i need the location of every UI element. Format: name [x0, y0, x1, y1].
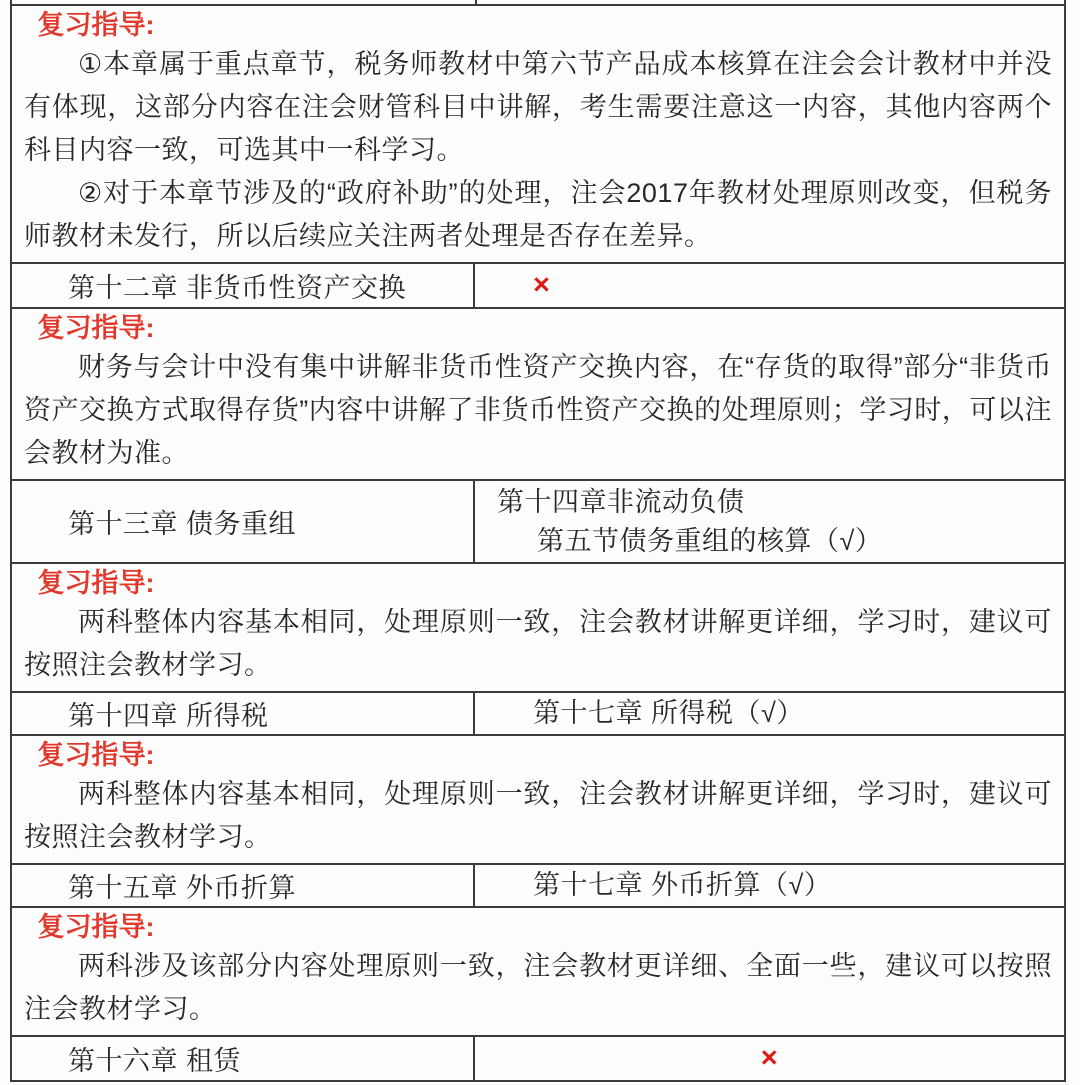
cross-mark-icon: ×: [533, 264, 1064, 307]
guide-paragraph: 两科涉及该部分内容处理原则一致，注会教材更详细、全面一些，建议可以按照注会教材学…: [24, 945, 1052, 1031]
chapter-row-12: 第十二章 非货币性资产交换 ×: [12, 264, 1064, 309]
guide-label: 复习指导:: [24, 7, 1052, 43]
chapter-left-cell: 第十六章 租赁: [12, 1037, 475, 1080]
chapter-right-line: 第十七章 所得税（√）: [533, 694, 1064, 733]
guide-paragraph: 两科整体内容基本相同，处理原则一致，注会教材讲解更详细，学习时，建议可按照注会教…: [24, 773, 1052, 859]
guide-paragraph: 两科整体内容基本相同，处理原则一致，注会教材讲解更详细，学习时，建议可按照注会教…: [24, 601, 1052, 687]
chapter-row-16: 第十六章 租赁 ×: [12, 1037, 1064, 1082]
guide-block-4: 复习指导: 两科整体内容基本相同，处理原则一致，注会教材讲解更详细，学习时，建议…: [12, 736, 1064, 865]
guide-label: 复习指导:: [24, 310, 1052, 346]
chapter-left-cell: 第十五章 外币折算: [12, 865, 475, 906]
chapter-row-13: 第十三章 债务重组 第十四章非流动负债 第五节债务重组的核算（√）: [12, 481, 1064, 564]
guide-block-2: 复习指导: 财务与会计中没有集中讲解非货币性资产交换内容，在“存货的取得”部分“…: [12, 309, 1064, 481]
chapter-right-cell: 第十七章 外币折算（√）: [475, 865, 1064, 906]
guide-block-5: 复习指导: 两科涉及该部分内容处理原则一致，注会教材更详细、全面一些，建议可以按…: [12, 908, 1064, 1037]
guide-block-1: 复习指导: ①本章属于重点章节，税务师教材中第六节产品成本核算在注会会计教材中并…: [12, 6, 1064, 264]
guide-paragraph: 财务与会计中没有集中讲解非货币性资产交换内容，在“存货的取得”部分“非货币资产交…: [24, 346, 1052, 475]
guide-paragraph: ②对于本章节涉及的“政府补助”的处理，注会2017年教材处理原则改变，但税务师教…: [24, 172, 1052, 258]
chapter-right-cell: ×: [475, 1037, 1064, 1080]
chapter-left-cell: 第十三章 债务重组: [12, 481, 475, 562]
guide-label: 复习指导:: [24, 565, 1052, 601]
guide-block-3: 复习指导: 两科整体内容基本相同，处理原则一致，注会教材讲解更详细，学习时，建议…: [12, 564, 1064, 693]
chapter-right-line: 第十四章非流动负债: [497, 483, 1064, 522]
chapter-right-cell: 第十七章 所得税（√）: [475, 693, 1064, 734]
chapter-right-line: 第五节债务重组的核算（√）: [497, 522, 1064, 561]
guide-label: 复习指导:: [24, 909, 1052, 945]
guide-paragraph: ①本章属于重点章节，税务师教材中第六节产品成本核算在注会会计教材中并没有体现，这…: [24, 43, 1052, 172]
chapter-right-cell: ×: [475, 264, 1064, 307]
chapter-right-cell: 第十四章非流动负债 第五节债务重组的核算（√）: [475, 481, 1064, 562]
chapter-row-15: 第十五章 外币折算 第十七章 外币折算（√）: [12, 865, 1064, 908]
chapter-left-cell: 第十四章 所得税: [12, 693, 475, 734]
cross-mark-icon: ×: [475, 1037, 1064, 1080]
chapter-right-line: 第十七章 外币折算（√）: [533, 866, 1064, 905]
partial-row-right-cell: [477, 0, 1064, 4]
comparison-table: 复习指导: ①本章属于重点章节，税务师教材中第六节产品成本核算在注会会计教材中并…: [10, 0, 1066, 1082]
guide-label: 复习指导:: [24, 737, 1052, 773]
chapter-row-14: 第十四章 所得税 第十七章 所得税（√）: [12, 693, 1064, 736]
chapter-left-cell: 第十二章 非货币性资产交换: [12, 264, 475, 307]
partial-row-left-cell: [12, 0, 477, 4]
